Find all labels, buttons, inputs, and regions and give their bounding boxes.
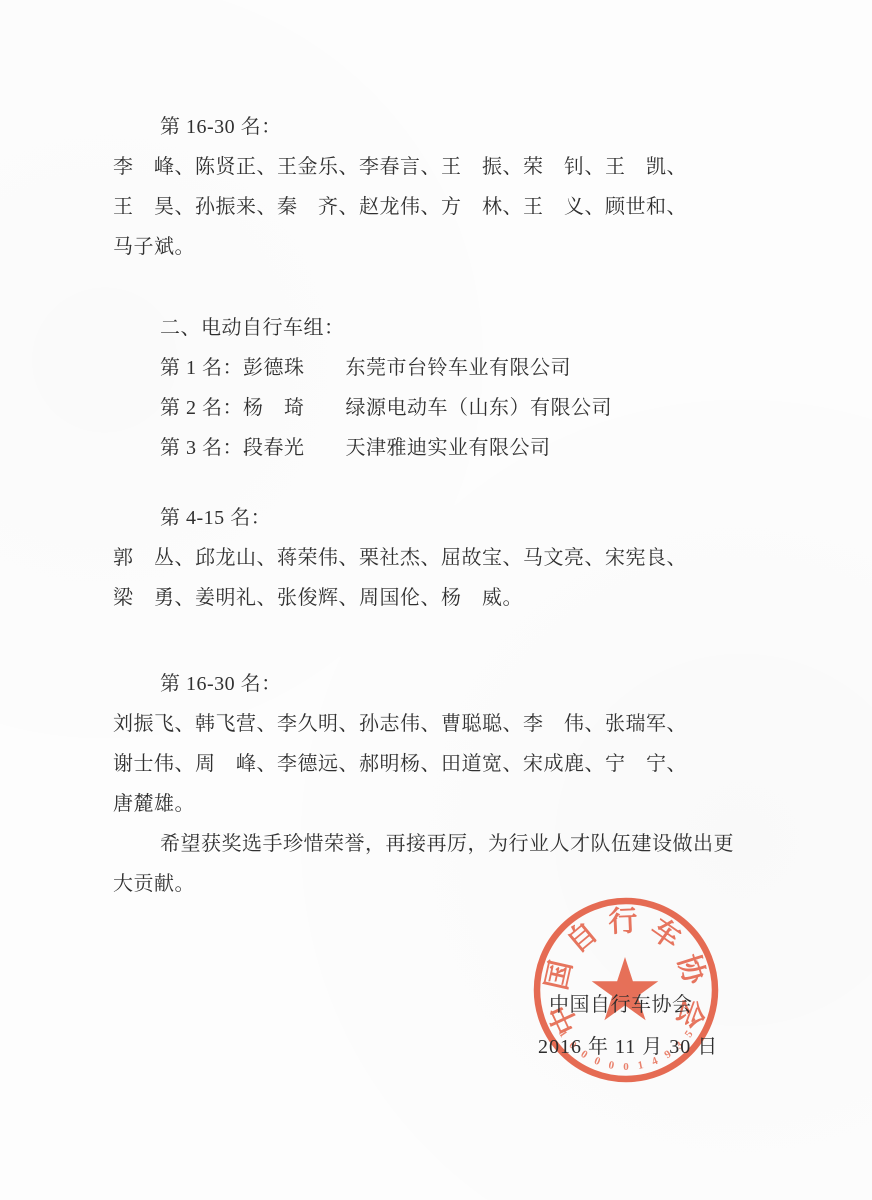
document-body: 第 16-30 名： 李 峰、陈贤正、王金乐、李春言、王 振、荣 钊、王 凯、 … [113,107,793,904]
ebike-rank-16-30-names-line-1: 刘振飞、韩飞营、李久明、孙志伟、曹聪聪、李 伟、张瑞军、 [113,704,793,744]
closing-paragraph-line-1: 希望获奖选手珍惜荣誉，再接再厉，为行业人才队伍建设做出更 [113,824,793,864]
signature-date: 2016 年 11 月 30 日 [538,1030,718,1059]
seal-glyph: 0 [607,1059,615,1072]
pedal-rank-16-30-names-line-1: 李 峰、陈贤正、王金乐、李春言、王 振、荣 钊、王 凯、 [113,147,793,187]
seal-glyph: 行 [608,904,638,938]
section-gap [113,267,793,308]
ebike-rank-3-entry: 第 3 名：段春光 天津雅迪实业有限公司 [113,428,793,468]
document-page: 第 16-30 名： 李 峰、陈贤正、王金乐、李春言、王 振、荣 钊、王 凯、 … [0,0,872,1200]
ebike-rank-16-30-names-line-2: 谢士伟、周 峰、李德远、郝明杨、田道宽、宋成鹿、宁 宁、 [113,744,793,784]
ebike-rank-4-15-names-line-2: 梁 勇、姜明礼、张俊辉、周国伦、杨 威。 [113,578,793,618]
pedal-rank-16-30-names-line-2: 王 昊、孙振来、秦 齐、赵龙伟、方 林、王 义、顾世和、 [113,187,793,227]
pedal-rank-16-30-heading: 第 16-30 名： [113,107,793,147]
seal-glyph: 0 [623,1061,629,1073]
signature-org: 中国自行车协会 [549,988,693,1017]
ebike-rank-16-30-names-line-3: 唐麓雄。 [113,784,793,824]
ebike-group-heading: 二、电动自行车组： [113,308,793,348]
ebike-rank-1-entry: 第 1 名：彭德珠 东莞市台铃车业有限公司 [113,348,793,388]
ebike-rank-2-entry: 第 2 名：杨 琦 绿源电动车（山东）有限公司 [113,388,793,428]
section-gap [113,618,793,664]
ebike-rank-4-15-heading: 第 4-15 名： [113,498,793,538]
ebike-rank-4-15-names-line-1: 郭 丛、邱龙山、蒋荣伟、栗社杰、屈故宝、马文亮、宋宪良、 [113,538,793,578]
pedal-rank-16-30-names-line-3: 马子斌。 [113,227,793,267]
ebike-rank-16-30-heading: 第 16-30 名： [113,664,793,704]
seal-glyph: 1 [637,1059,645,1072]
section-gap [113,468,793,498]
